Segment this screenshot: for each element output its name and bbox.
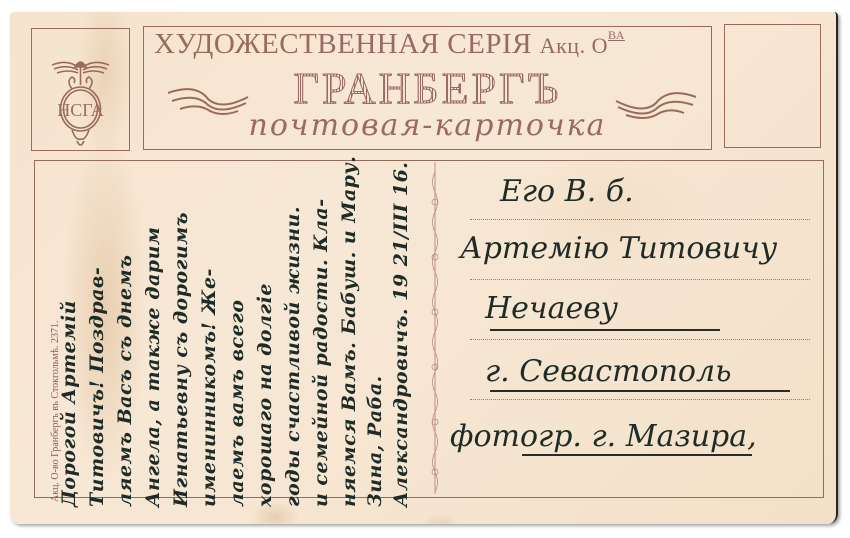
address-guide-line — [470, 399, 810, 400]
message-line: лаемъ вамъ всего — [226, 299, 248, 507]
address-city: г. Севастополь — [485, 357, 731, 387]
publisher-header: ХУДОЖЕСТВЕННАЯ СЕРІЯ Акц. ОВА ГРАНБЕРГЪ … — [143, 26, 712, 150]
floral-divider-icon — [430, 162, 440, 494]
address-studio: фотогр. г. Мазира, — [450, 422, 757, 452]
address-guide-line — [470, 339, 810, 340]
message-line: Александровичъ. 19 21/III 16. — [390, 162, 412, 507]
message-line: и семейной радости. Кла- — [310, 198, 332, 507]
message-line: Ангела, а также дарим — [142, 227, 164, 507]
message-line: Зина, Раба. — [364, 375, 386, 507]
message-line: именинникомъ! Же- — [198, 268, 220, 507]
company-superscript: ВА — [608, 28, 625, 42]
city-underline — [490, 390, 790, 392]
message-line: годы счастливой жизни. — [282, 206, 304, 507]
address-guide-line — [470, 219, 810, 220]
studio-underline — [522, 454, 752, 456]
series-title: ХУДОЖЕСТВЕННАЯ СЕРІЯ Акц. ОВА — [154, 29, 704, 59]
company-abbrev: Акц. О — [540, 33, 608, 58]
message-line: ляемъ Васъ съ днемъ — [114, 254, 136, 507]
logo-frame: НСГА — [31, 28, 130, 151]
message-line: Игнатьевну съ дорогимъ — [170, 212, 192, 507]
message-line: няемся Вамъ. Бабуш. и Мару. — [338, 156, 360, 507]
message-line: хорошаго на долгіе — [254, 283, 276, 507]
card-type-label: почтовая-карточка — [144, 111, 711, 141]
postcard: НСГА ХУДОЖЕСТВЕННАЯ СЕРІЯ Акц. ОВА ГРАНБ… — [10, 12, 838, 524]
stamp-placeholder-box — [724, 24, 821, 148]
svg-text:НСГА: НСГА — [57, 100, 103, 120]
message-line: Дорогой Артемій — [58, 300, 80, 507]
address-guide-line — [470, 279, 810, 280]
winged-monogram-logo-icon: НСГА — [32, 29, 129, 150]
address-recipient-name: Артемію Титовичу — [460, 234, 777, 264]
surname-underline — [490, 329, 720, 331]
address-recipient-surname: Нечаеву — [485, 294, 618, 324]
address-honorific: Его В. б. — [500, 177, 634, 207]
message-line: Титовичъ! Поздрав- — [86, 267, 108, 507]
series-title-text: ХУДОЖЕСТВЕННАЯ СЕРІЯ — [154, 28, 532, 60]
